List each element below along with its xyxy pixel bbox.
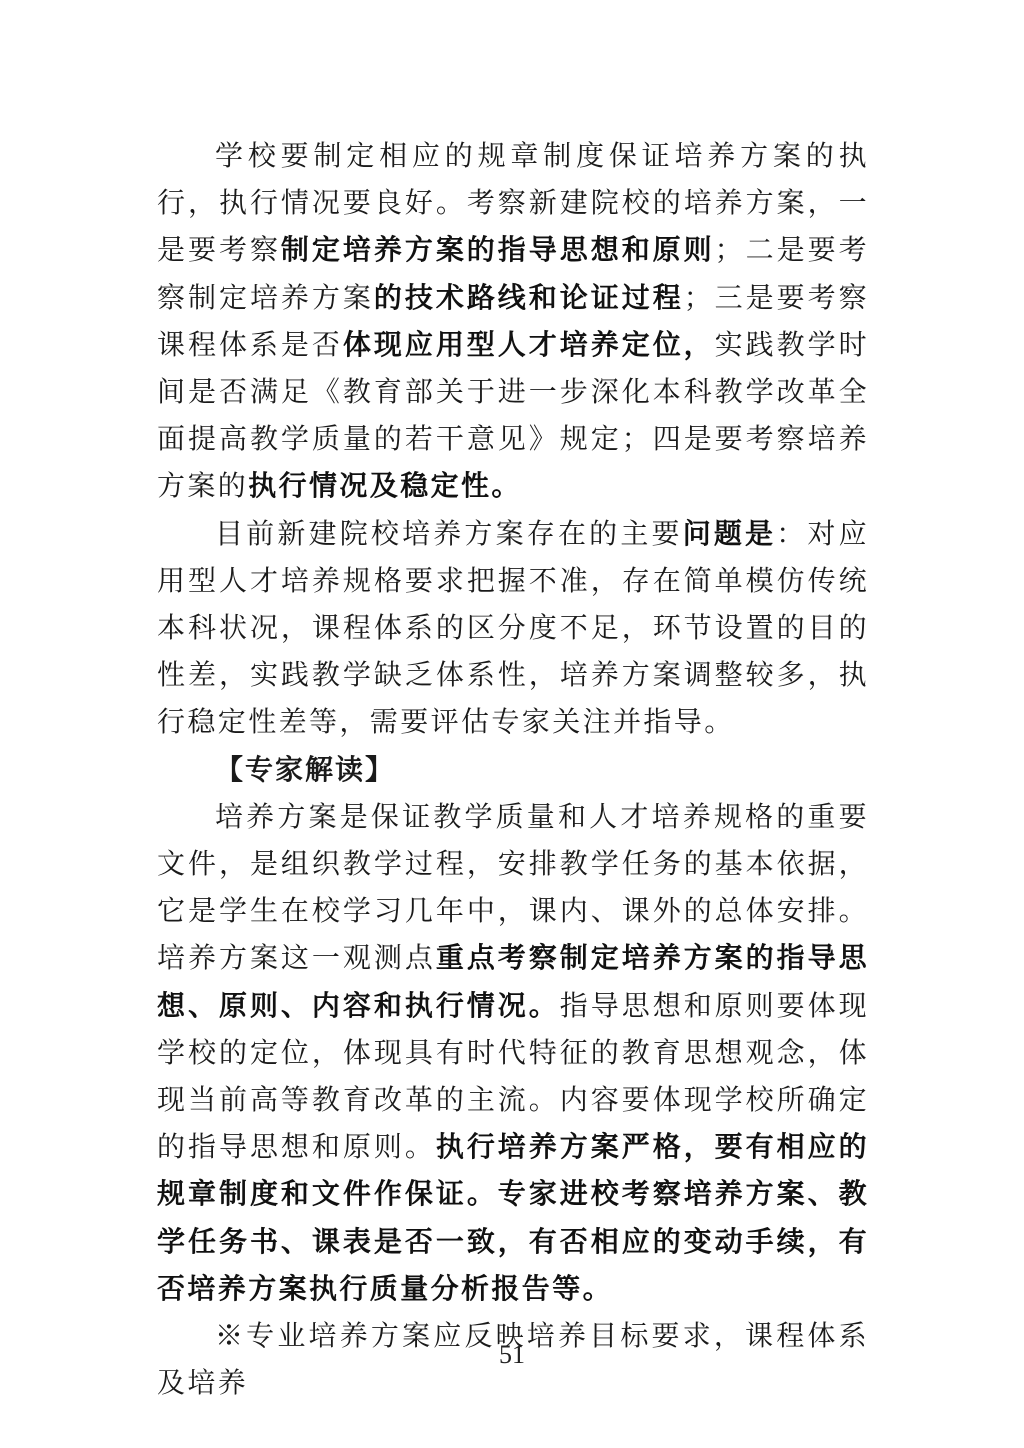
bold-segment: 的技术路线和论证过程 — [374, 281, 684, 314]
paragraph-expert-interpretation: 培养方案是保证教学质量和人才培养规格的重要文件，是组织教学过程，安排教学任务的基… — [157, 793, 869, 1312]
bold-segment: 制定培养方案的指导思想和原则 — [281, 233, 715, 266]
bold-segment: 体现应用型人才培养定位， — [343, 328, 715, 361]
section-heading-expert-interpretation: 【专家解读】 — [157, 746, 869, 793]
text-segment: 目前新建院校培养方案存在的主要 — [215, 517, 683, 550]
bold-segment: 执行情况及稳定性。 — [248, 469, 522, 502]
paragraph-current-problems: 目前新建院校培养方案存在的主要问题是：对应用型人才培养规格要求把握不准，存在简单… — [157, 510, 869, 746]
paragraph-training-plan-requirements: 学校要制定相应的规章制度保证培养方案的执行，执行情况要良好。考察新建院校的培养方… — [157, 132, 869, 510]
bold-segment: 问题是 — [683, 517, 777, 550]
document-page: 学校要制定相应的规章制度保证培养方案的执行，执行情况要良好。考察新建院校的培养方… — [157, 132, 869, 1406]
page-number: 51 — [0, 1340, 1024, 1370]
